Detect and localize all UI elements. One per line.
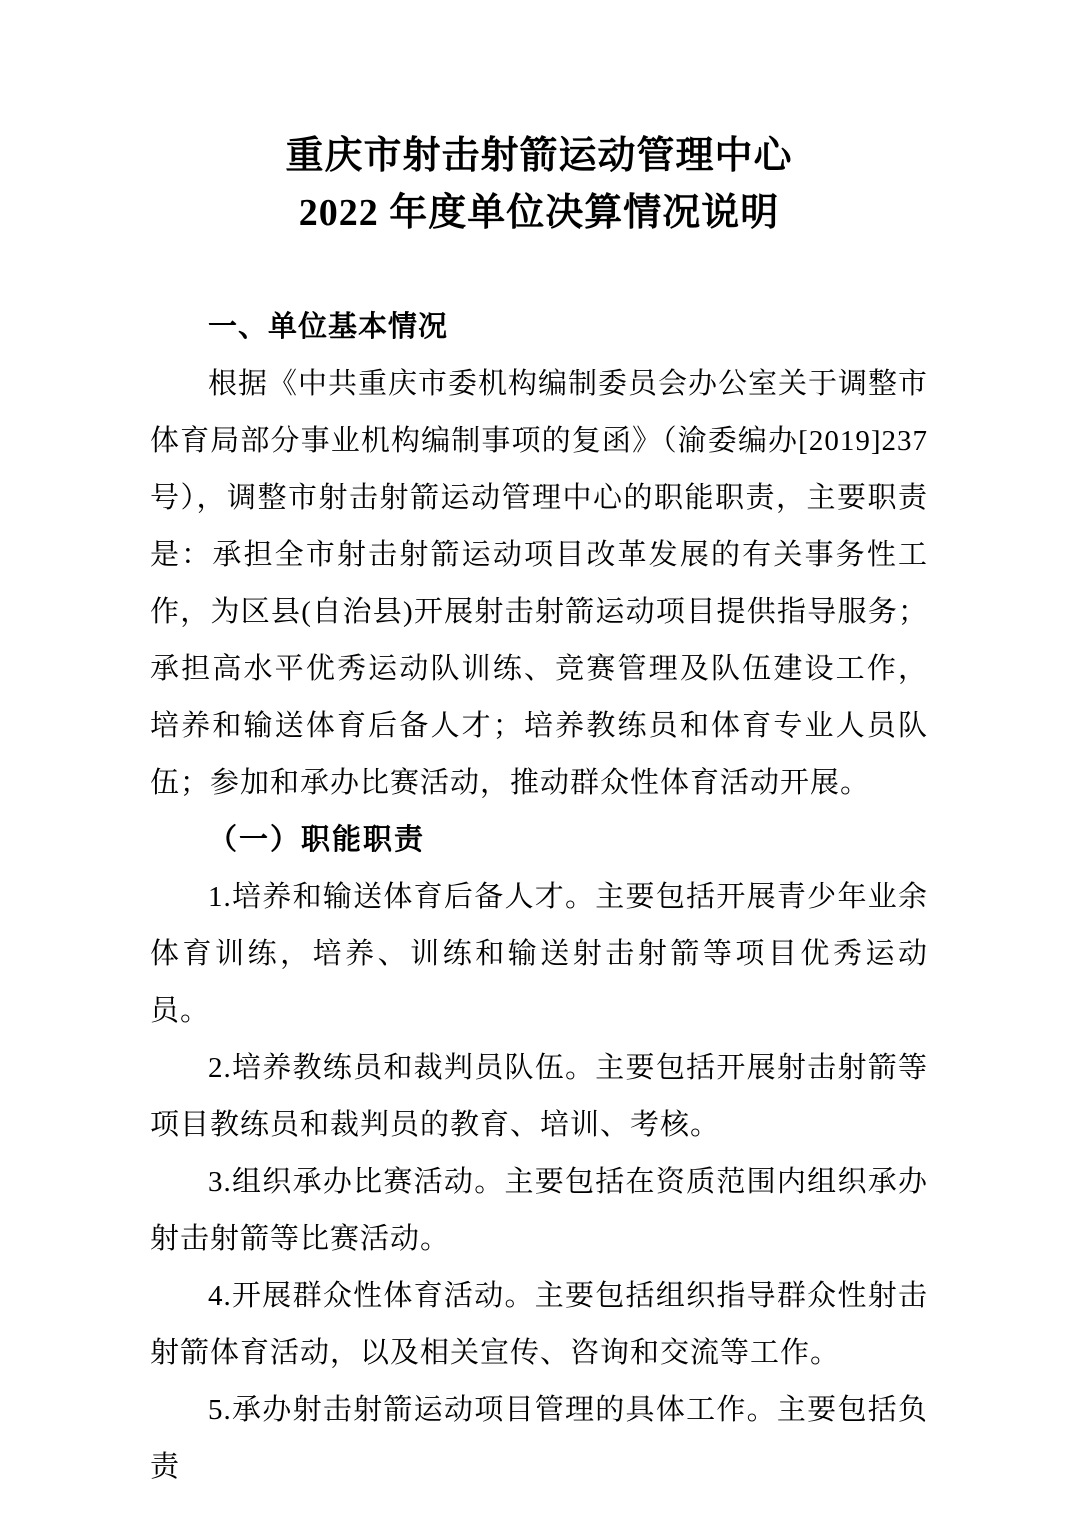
subsection-heading-duties: （一）职能职责 — [150, 812, 928, 869]
duty-item-4: 4.开展群众性体育活动。主要包括组织指导群众性射击射箭体育活动，以及相关宣传、咨… — [150, 1268, 928, 1382]
duty-item-2: 2.培养教练员和裁判员队伍。主要包括开展射击射箭等项目教练员和裁判员的教育、培训… — [150, 1040, 928, 1154]
document-title-line2: 2022 年度单位决算情况说明 — [150, 185, 928, 242]
paragraph-intro: 根据《中共重庆市委机构编制委员会办公室关于调整市体育局部分事业机构编制事项的复函… — [150, 356, 928, 812]
document-page: 重庆市射击射箭运动管理中心 2022 年度单位决算情况说明 一、单位基本情况 根… — [0, 0, 1074, 1520]
document-content: 重庆市射击射箭运动管理中心 2022 年度单位决算情况说明 一、单位基本情况 根… — [0, 0, 1074, 1496]
document-title-line1: 重庆市射击射箭运动管理中心 — [150, 128, 928, 185]
section-heading-basic-info: 一、单位基本情况 — [150, 299, 928, 356]
duty-item-1: 1.培养和输送体育后备人才。主要包括开展青少年业余体育训练，培养、训练和输送射击… — [150, 869, 928, 1040]
duty-item-3: 3.组织承办比赛活动。主要包括在资质范围内组织承办射击射箭等比赛活动。 — [150, 1154, 928, 1268]
document-title: 重庆市射击射箭运动管理中心 2022 年度单位决算情况说明 — [150, 128, 928, 242]
duty-item-5: 5.承办射击射箭运动项目管理的具体工作。主要包括负责 — [150, 1382, 928, 1496]
